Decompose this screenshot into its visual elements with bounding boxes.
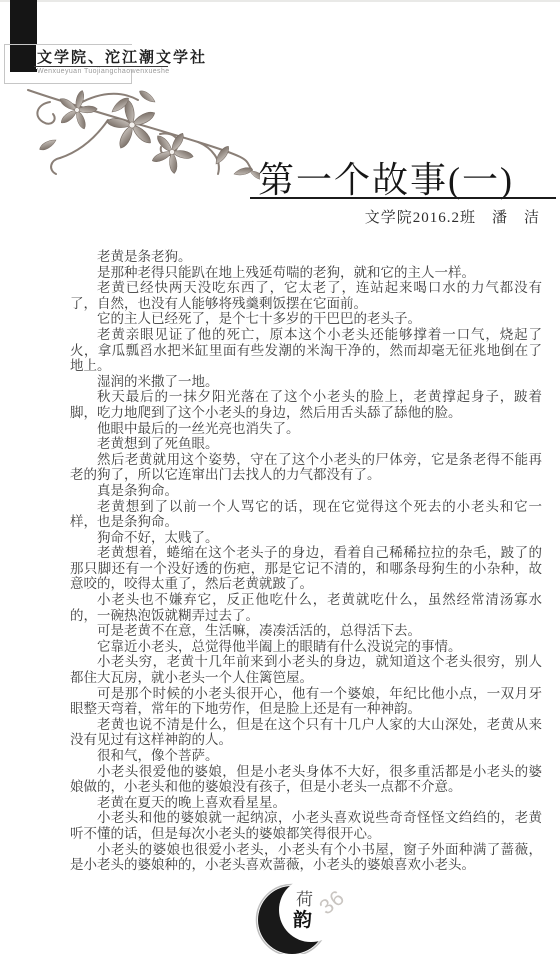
article-body: 老黄是条老狗。是那种老得只能趴在地上残延苟喘的老狗，就和它的主人一样。老黄已经快… (70, 249, 542, 873)
paragraph: 老黄在夏天的晚上喜欢看星星。 (70, 795, 542, 811)
paragraph: 小老头很爱他的婆娘，但是小老头身体不大好，很多重活都是小老头的婆娘做的，小老头和… (70, 764, 542, 795)
paragraph: 老黄想着，蜷缩在这个老头子的身边，看着自己稀稀拉拉的杂毛，跛了的那只脚还有一个没… (70, 545, 542, 592)
flower-vine-icon (20, 78, 260, 188)
paragraph: 小老头穷，老黄十几年前来到小老头的身边，就知道这个老头很穷，别人都住大瓦房，就小… (70, 654, 542, 685)
page-top-edge (0, 0, 560, 2)
paragraph: 真是条狗命。 (70, 483, 542, 499)
paragraph: 很和气，像个菩萨。 (70, 748, 542, 764)
magazine-page: 文学院、沱江潮文学社 Wenxueyuan Tuojiangchaowenxue… (0, 0, 560, 954)
title-underline (250, 197, 556, 199)
paragraph: 他眼中最后的一丝光亮也消失了。 (70, 421, 542, 437)
paragraph: 是那种老得只能趴在地上残延苟喘的老狗，就和它的主人一样。 (70, 265, 542, 281)
logo-char-yun: 韵 (293, 905, 312, 932)
paragraph: 秋天最后的一抹夕阳光落在了这个小老头的脸上，老黄撑起身子，跛着脚，吃力地爬到了这… (70, 389, 542, 420)
paragraph: 老黄想到了死鱼眼。 (70, 436, 542, 452)
paragraph: 小老头的婆娘也很爱小老头，小老头有个小书屋，窗子外面种满了蔷薇，是小老头的婆娘种… (70, 842, 542, 873)
paragraph: 湿润的米撒了一地。 (70, 374, 542, 390)
article-title: 第一个故事(一) (258, 152, 514, 203)
masthead-pinyin: Wenxueyuan Tuojiangchaowenxueshe (37, 68, 170, 75)
paragraph: 它的主人已经死了，是个七十多岁的干巴巴的老头子。 (70, 311, 542, 327)
paragraph: 老黄亲眼见证了他的死亡，原本这个小老头还能够撑着一口气，烧起了火，拿瓜瓢舀水把米… (70, 327, 542, 374)
paragraph: 小老头和他的婆娘就一起纳凉，小老头喜欢说些奇奇怪怪文绉绉的，老黄听不懂的话，但是… (70, 810, 542, 841)
paragraph: 小老头也不嫌弃它，反正他吃什么，老黄就吃什么，虽然经常清汤寡水的，一碗热泡饭就糊… (70, 592, 542, 623)
paragraph: 它靠近小老头，总觉得他半阖上的眼睛有什么没说完的事情。 (70, 639, 542, 655)
paragraph: 老黄已经快两天没吃东西了，它太老了，连站起来喝口水的力气都没有了，自然，也没有人… (70, 280, 542, 311)
paragraph: 狗命不好，太贱了。 (70, 530, 542, 546)
paragraph: 可是那个时候的小老头很开心，他有一个婆娘，年纪比他小点，一双月牙眼整天弯着，常年… (70, 686, 542, 717)
paragraph: 老黄想到了以前一个人骂它的话，现在它觉得这个死去的小老头和它一样，也是条狗命。 (70, 499, 542, 530)
paragraph: 老黄是条老狗。 (70, 249, 542, 265)
masthead-underline (34, 66, 168, 67)
article-byline: 文学院2016.2班 潘 洁 (365, 206, 540, 227)
paragraph: 老黄也说不清是什么，但是在这个只有十几户人家的大山深处，老黄从来没有见过有这样神… (70, 717, 542, 748)
paragraph: 然后老黄就用这个姿势，守在了这个小老头的尸体旁，它是条老得不能再老的狗了，所以它… (70, 452, 542, 483)
paragraph: 可是老黄不在意，生活嘛，凑凑活活的，总得活下去。 (70, 623, 542, 639)
